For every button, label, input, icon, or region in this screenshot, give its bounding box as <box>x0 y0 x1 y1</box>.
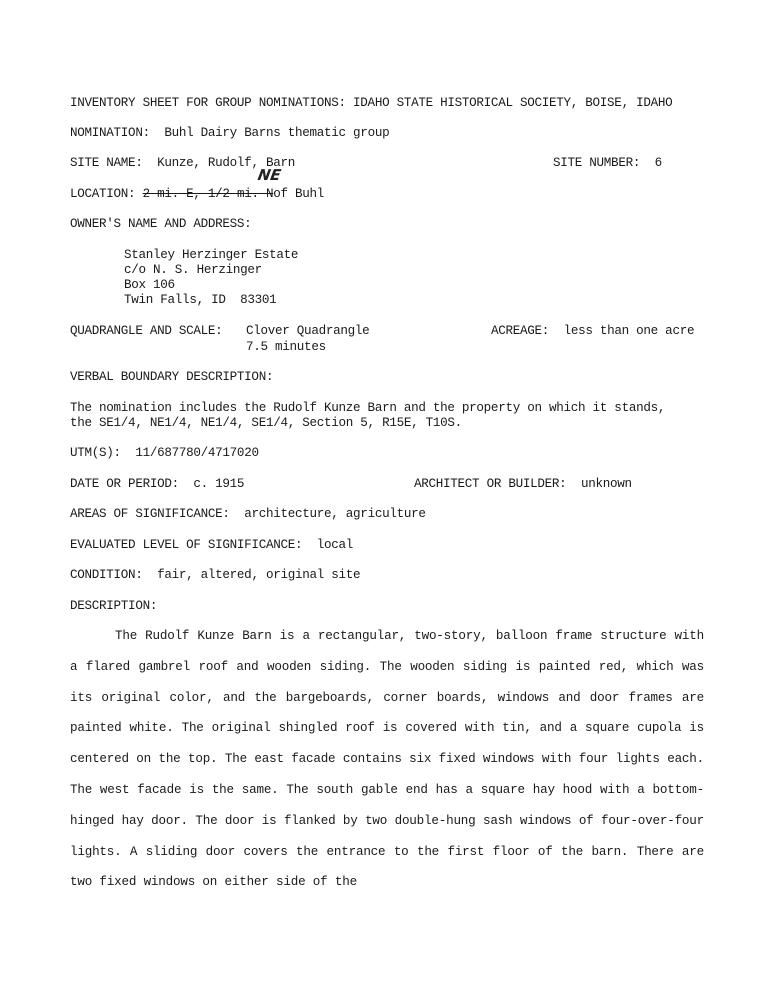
utm-label: UTM(S): <box>70 446 121 460</box>
condition-label: CONDITION: <box>70 568 143 582</box>
level-row: EVALUATED LEVEL OF SIGNIFICANCE: local <box>70 537 353 553</box>
inventory-sheet-page: INVENTORY SHEET FOR GROUP NOMINATIONS: I… <box>0 0 776 1000</box>
level-label: EVALUATED LEVEL OF SIGNIFICANCE: <box>70 538 302 552</box>
description-label: DESCRIPTION: <box>70 598 157 614</box>
description-paragraph: The Rudolf Kunze Barn is a rectangular, … <box>70 621 704 898</box>
date-label: DATE OR PERIOD: <box>70 477 179 491</box>
owner-label: OWNER'S NAME AND ADDRESS: <box>70 216 251 232</box>
nomination-row: NOMINATION: Buhl Dairy Barns thematic gr… <box>70 125 389 141</box>
owner-line-2: c/o N. S. Herzinger <box>124 262 262 278</box>
site-name-label: SITE NAME: <box>70 156 143 170</box>
architect-label: ARCHITECT OR BUILDER: <box>414 477 566 491</box>
quadrangle-label: QUADRANGLE AND SCALE: <box>70 323 222 339</box>
owner-line-1: Stanley Herzinger Estate <box>124 247 298 263</box>
level-value: local <box>317 538 353 552</box>
owner-line-3: Box 106 <box>124 277 175 293</box>
site-number-value: 6 <box>655 156 662 170</box>
condition-row: CONDITION: fair, altered, original site <box>70 567 360 583</box>
boundary-line-1: The nomination includes the Rudolf Kunze… <box>70 400 665 416</box>
date-row: DATE OR PERIOD: c. 1915 <box>70 476 244 492</box>
areas-row: AREAS OF SIGNIFICANCE: architecture, agr… <box>70 506 426 522</box>
areas-label: AREAS OF SIGNIFICANCE: <box>70 507 230 521</box>
location-row: LOCATION: 2 mi. E, 1/2 mi. Nof Buhl <box>70 186 324 202</box>
utm-value: 11/687780/4717020 <box>135 446 258 460</box>
date-value: c. 1915 <box>193 477 244 491</box>
site-number-row: SITE NUMBER: 6 <box>553 155 662 171</box>
condition-value: fair, altered, original site <box>157 568 360 582</box>
architect-value: unknown <box>581 477 632 491</box>
acreage-value: less than one acre <box>564 324 695 338</box>
handwritten-correction: NE <box>256 166 282 184</box>
quadrangle-line-2: 7.5 minutes <box>246 339 326 355</box>
location-struck-text: 2 mi. E, 1/2 mi. N <box>143 187 274 201</box>
areas-value: architecture, agriculture <box>244 507 425 521</box>
boundary-line-2: the SE1/4, NE1/4, NE1/4, SE1/4, Section … <box>70 415 462 431</box>
utm-row: UTM(S): 11/687780/4717020 <box>70 445 259 461</box>
nomination-value: Buhl Dairy Barns thematic group <box>164 126 389 140</box>
boundary-label: VERBAL BOUNDARY DESCRIPTION: <box>70 369 273 385</box>
location-label: LOCATION: <box>70 187 135 201</box>
quadrangle-line-1: Clover Quadrangle <box>246 323 369 339</box>
location-value: of Buhl <box>273 187 324 201</box>
nomination-label: NOMINATION: <box>70 126 150 140</box>
site-number-label: SITE NUMBER: <box>553 156 640 170</box>
acreage-label: ACREAGE: <box>491 324 549 338</box>
document-title: INVENTORY SHEET FOR GROUP NOMINATIONS: I… <box>70 95 672 111</box>
acreage-row: ACREAGE: less than one acre <box>491 323 694 339</box>
owner-line-4: Twin Falls, ID 83301 <box>124 292 276 308</box>
architect-row: ARCHITECT OR BUILDER: unknown <box>414 476 632 492</box>
